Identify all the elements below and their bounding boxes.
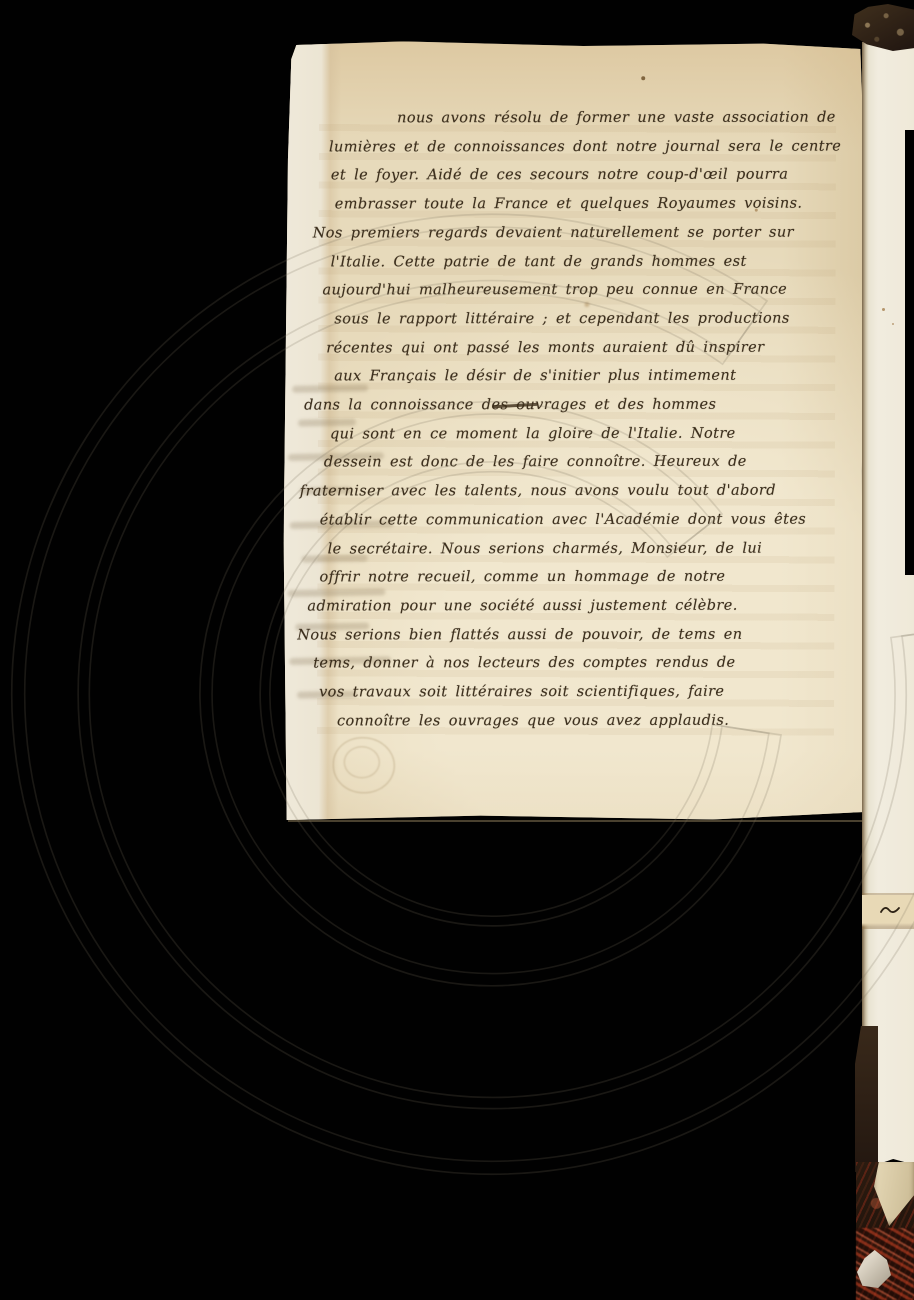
manuscript-line: admiration pour une société aussi justem… [283,591,860,621]
manuscript-line: nous avons résolu de former une vaste as… [285,103,862,133]
manuscript-line: dans la connoissance des ouvrages et des… [284,391,861,421]
foxing-spot [755,209,758,212]
manuscript-line: connoître les ouvrages que vous avez app… [283,706,860,736]
manuscript-line: tems, donner à nos lecteurs des comptes … [283,649,860,679]
manuscript-line: aux Français le désir de s'initier plus … [284,362,861,392]
manuscript-line: lumières et de connoissances dont notre … [285,132,862,162]
letter-page: nous avons résolu de former une vaste as… [283,39,867,823]
manuscript-line: qui sont en ce moment la gloire de l'Ita… [284,419,861,449]
manuscript-line: l'Italie. Cette patrie de tant de grands… [285,247,862,277]
manuscript-line: sous le rapport littéraire ; et cependan… [284,304,861,334]
ink-mark [880,903,900,915]
photo-stage: nous avons résolu de former une vaste as… [0,0,914,1300]
manuscript-line: Nous serions bien flattés aussi de pouvo… [283,620,860,650]
strikethrough-mark [492,403,538,408]
foxing-spot [892,323,894,325]
binding-strip [855,1026,878,1172]
manuscript-line: le secrétaire. Nous serions charmés, Mon… [284,534,861,564]
manuscript-line: fraterniser avec les talents, nous avons… [284,477,861,507]
manuscript-line: offrir notre recueil, comme un hommage d… [283,563,860,593]
manuscript-line: établir cette communication avec l'Acadé… [284,505,861,535]
binding-fragment-top [852,4,914,51]
manuscript-line: et le foyer. Aidé de ces secours notre c… [285,161,862,191]
manuscript-line: Nos premiers regards devaient naturellem… [285,218,862,248]
manuscript-line: vos travaux soit littéraires soit scient… [283,678,860,708]
background-gap [905,130,914,575]
foxing-spot [584,302,589,307]
page-bottom-edge [288,820,862,822]
foxing-spot [641,76,645,80]
manuscript-line: aujourd'hui malheureusement trop peu con… [284,276,861,306]
manuscript-line: récentes qui ont passé les monts auraien… [284,333,861,363]
page-edge-band [862,893,914,929]
foxing-spot [882,308,885,311]
manuscript-text: nous avons résolu de former une vaste as… [283,103,863,823]
manuscript-line: dessein est donc de les faire connoître.… [284,448,861,478]
blind-stamp [333,737,395,793]
manuscript-line: embrasser toute la France et quelques Ro… [285,190,862,220]
